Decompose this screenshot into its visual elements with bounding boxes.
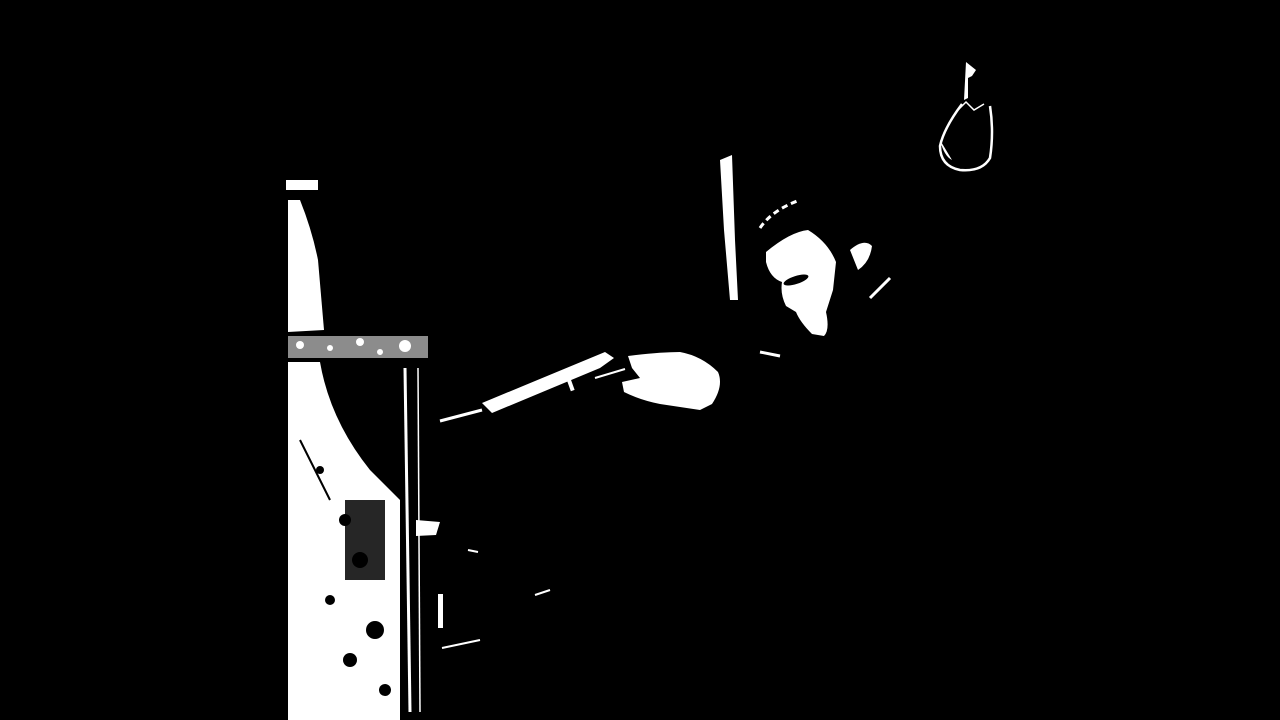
photo-scene <box>0 0 1280 720</box>
photo-canvas <box>0 0 1280 720</box>
pillar-cap <box>288 336 428 358</box>
